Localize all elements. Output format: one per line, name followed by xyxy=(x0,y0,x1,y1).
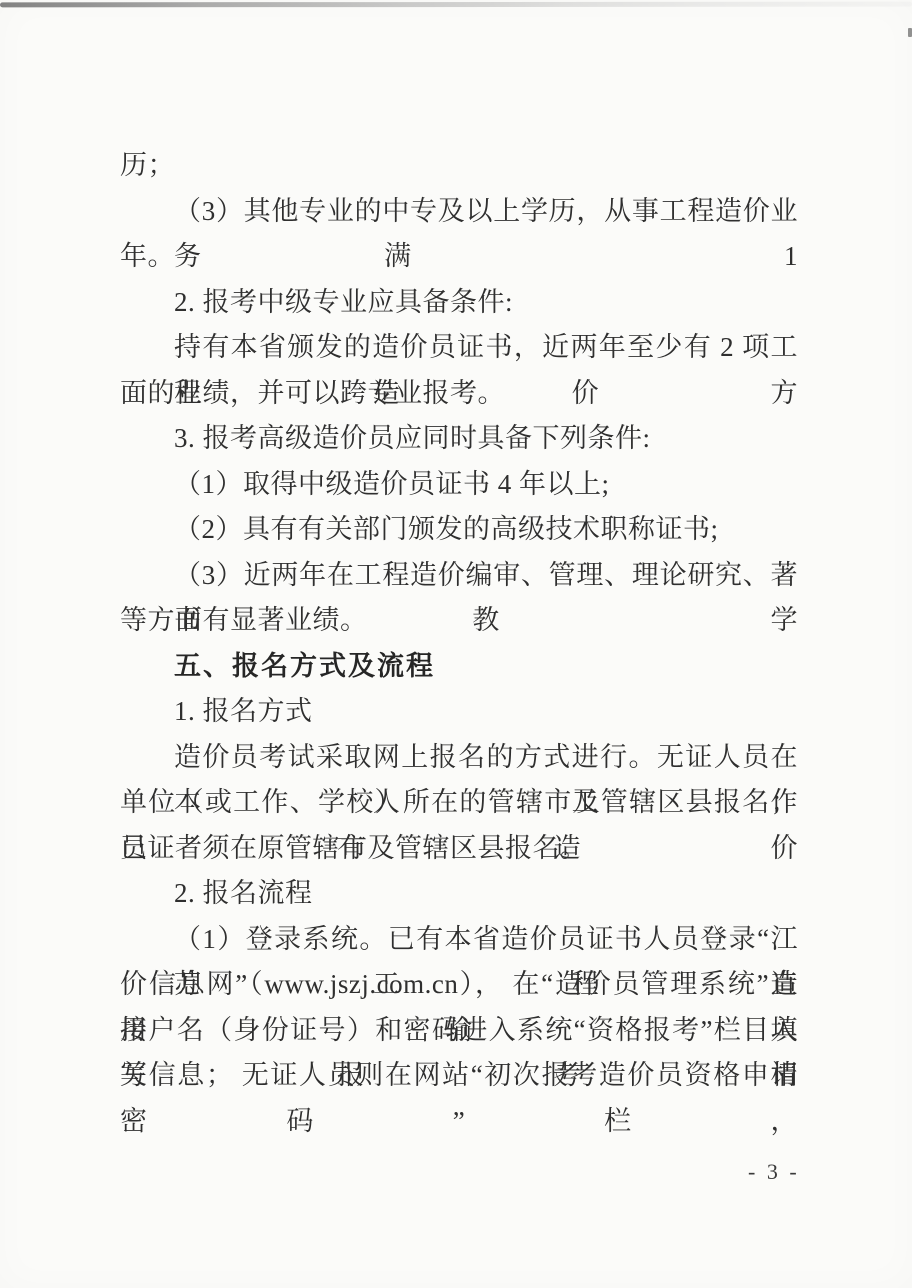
list-item-heading: 3. 报考高级造价员应同时具备下列条件: xyxy=(120,416,798,462)
text-line: 历； xyxy=(120,143,798,189)
text-line: 持有本省颁发的造价员证书，近两年至少有 2 项工程造价方 xyxy=(120,325,798,371)
list-item: （2）具有有关部门颁发的高级技术职称证书; xyxy=(120,507,798,553)
text-line: 关信息； 无证人员则在网站“初次报考造价员资格申请密码”栏， xyxy=(120,1053,798,1099)
list-item: （1）取得中级造价员证书 4 年以上; xyxy=(120,462,798,508)
list-item-heading: 2. 报考中级专业应具备条件: xyxy=(120,280,798,326)
section-heading: 五、报名方式及流程 xyxy=(120,644,798,690)
page-number: - 3 - xyxy=(748,1157,800,1187)
list-item-heading: 2. 报名流程 xyxy=(120,871,798,917)
scanned-document-page: 历； （3）其他专业的中专及以上学历，从事工程造价业务满 1 年。 2. 报考中… xyxy=(0,0,912,1288)
document-body: 历； （3）其他专业的中专及以上学历，从事工程造价业务满 1 年。 2. 报考中… xyxy=(120,143,798,1099)
text-line: 单位（或工作、学校）所在的管辖市及管辖区县报名；已有造价 xyxy=(120,780,798,826)
list-item: （3）近两年在工程造价编审、管理、理论研究、著书教学 xyxy=(120,553,798,599)
text-line: （3）其他专业的中专及以上学历，从事工程造价业务满 1 xyxy=(120,189,798,235)
text-line: （1）登录系统。已有本省造价员证书人员登录“江苏工程造 xyxy=(120,917,798,963)
list-item-heading: 1. 报名方式 xyxy=(120,689,798,735)
scanner-streak-artifact xyxy=(0,2,912,8)
text-line: 用户名（身份证号）和密码进入系统“资格报考”栏目填写报考相 xyxy=(120,1008,798,1054)
text-line: 价信息网”（www.jszj.com.cn）， 在“造价员管理系统”直接输入 xyxy=(120,962,798,1008)
text-line: 造价员考试采取网上报名的方式进行。无证人员在本人工作 xyxy=(120,735,798,781)
scanner-edge-mark xyxy=(908,28,912,37)
